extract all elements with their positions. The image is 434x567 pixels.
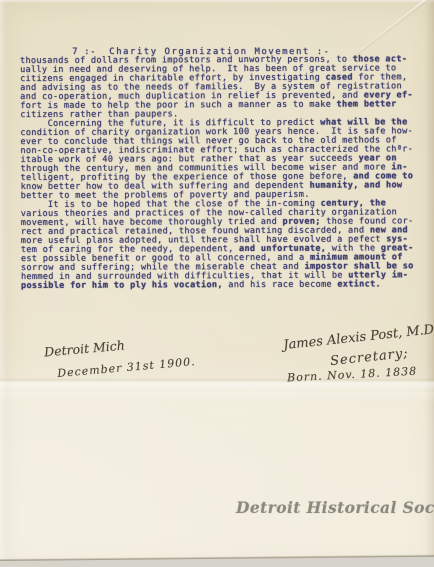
handwritten-date: December 31st 1900.: [57, 355, 196, 380]
lower-paper-shading: [0, 392, 434, 560]
typed-body: thousands of dollars from impostors and …: [20, 55, 414, 291]
corner-crease: [349, 0, 434, 60]
handwritten-signature: James Alexis Post, M.D.: [283, 322, 434, 353]
typed-line: possible for him to ply his vocation, an…: [21, 280, 414, 291]
handwritten-place: Detroit Mich: [44, 338, 126, 360]
letter-page: 7 :-Charity Organization Movement :- tho…: [0, 0, 434, 567]
archive-watermark: Detroit Historical Society: [236, 498, 434, 517]
paper-top-edge: [0, 0, 434, 3]
